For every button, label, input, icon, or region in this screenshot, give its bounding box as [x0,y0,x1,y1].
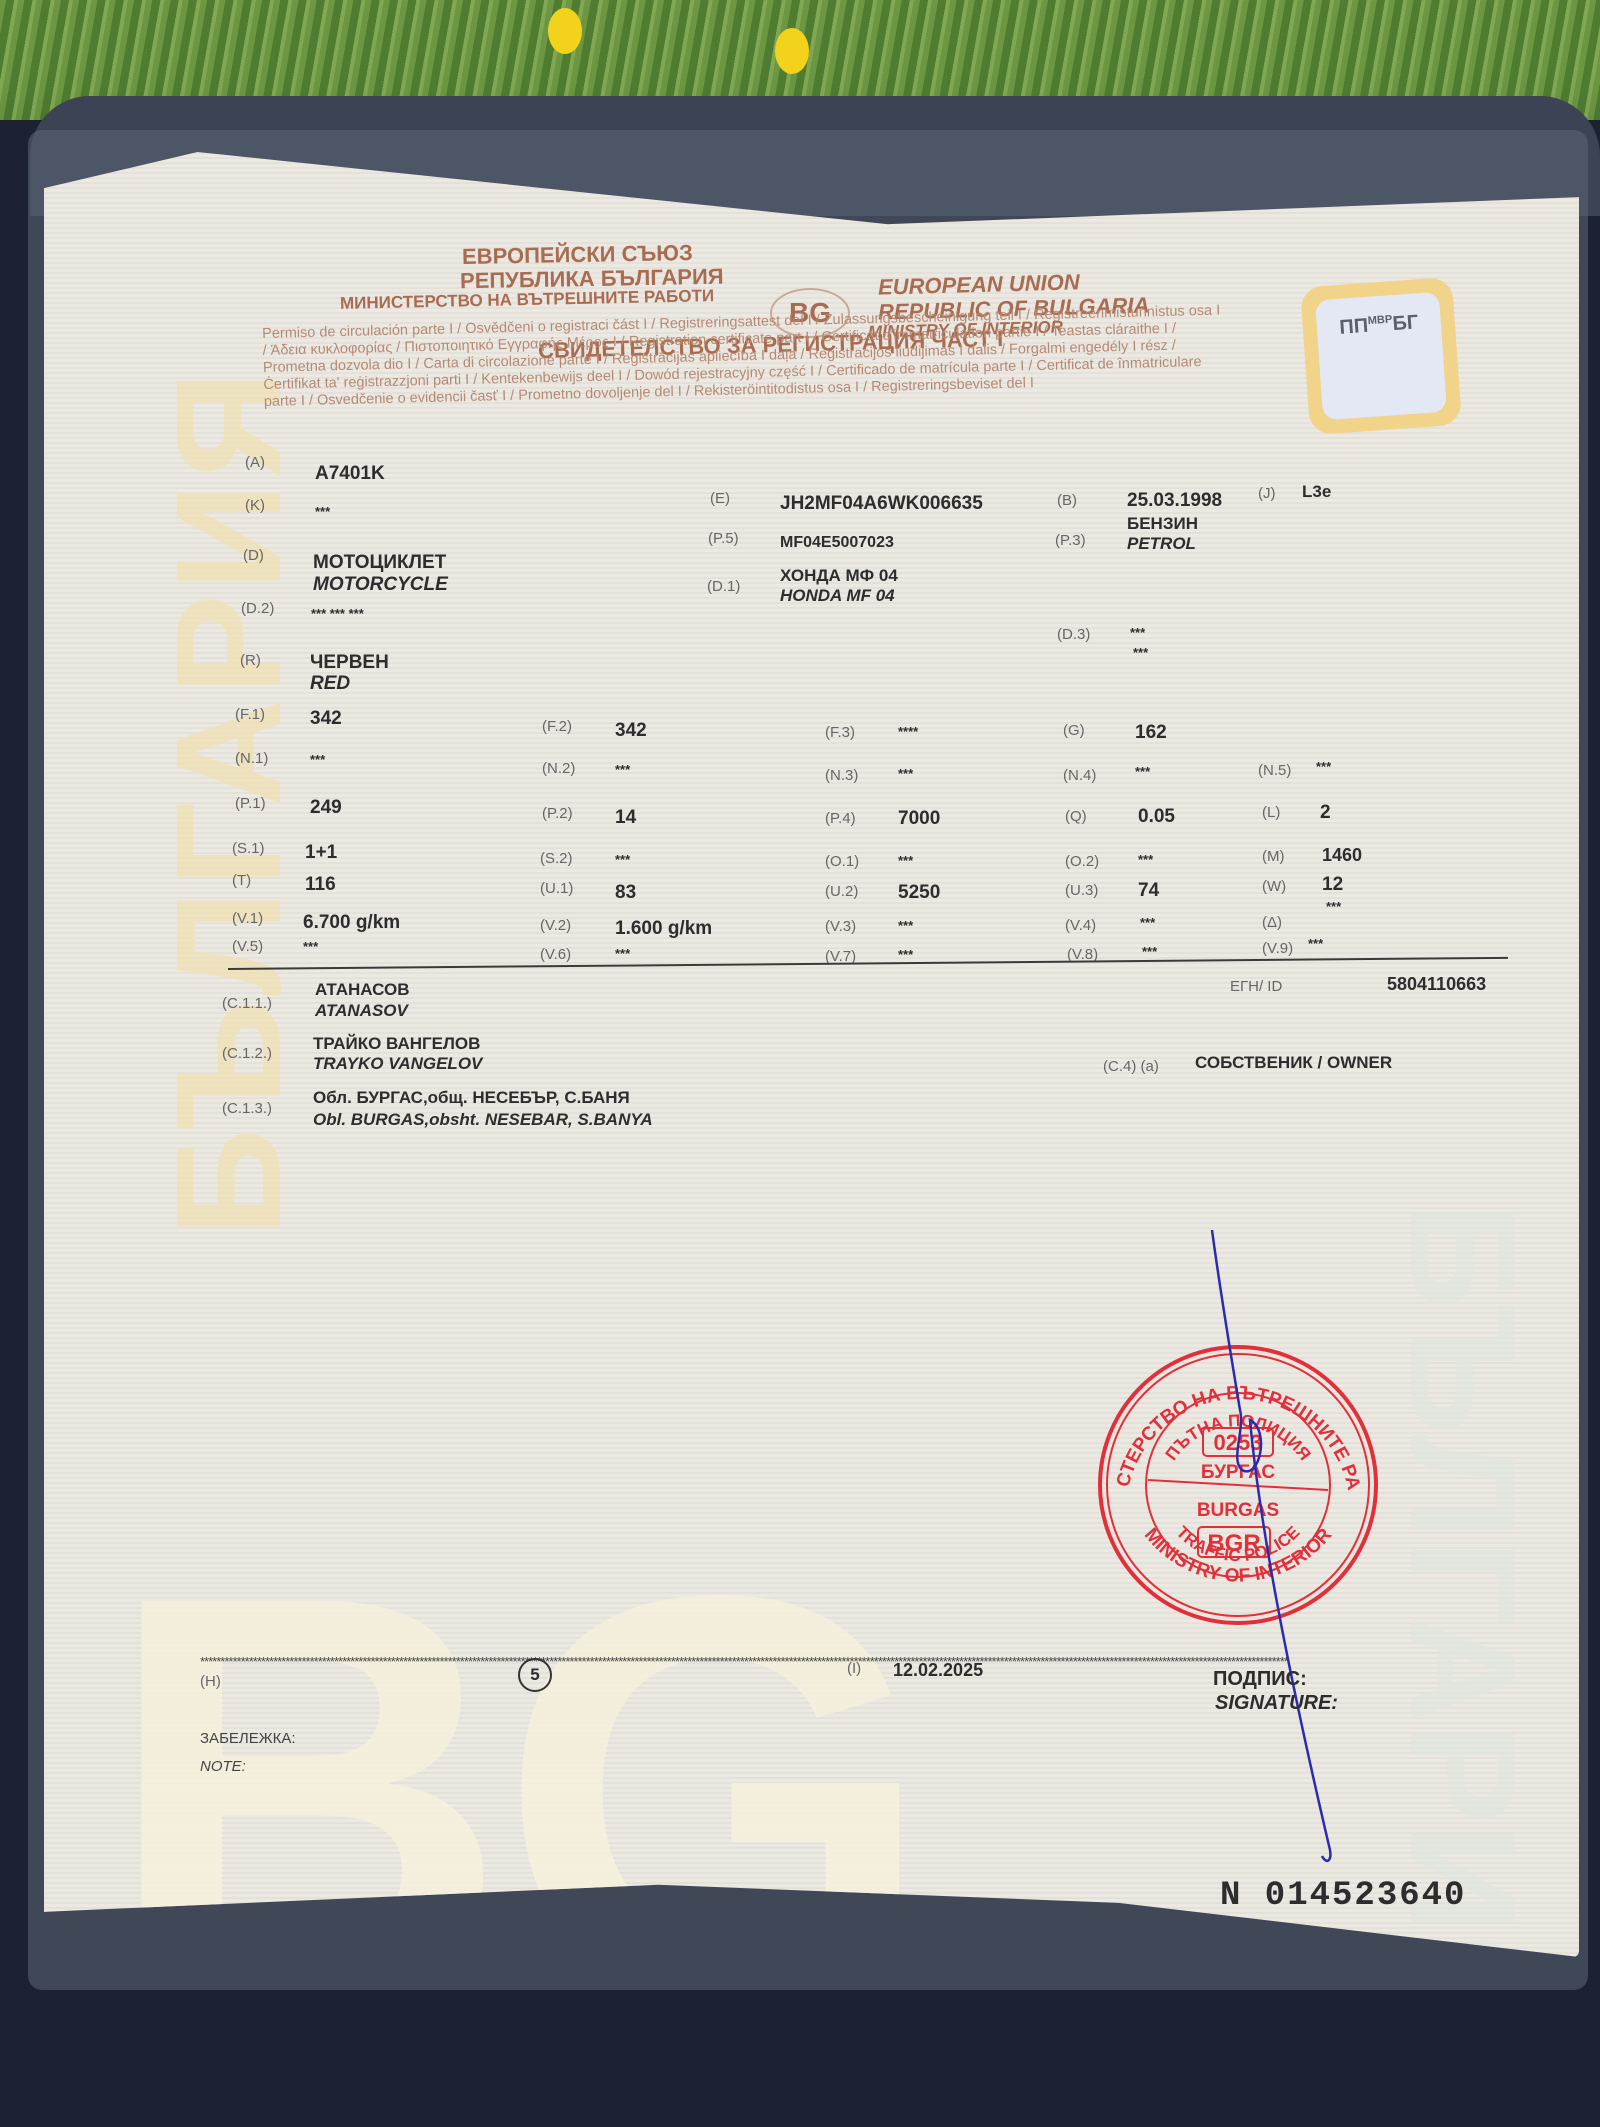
field-r-value-bg: ЧЕРВЕН [310,652,389,674]
signature-label-bg: ПОДПИС: [1213,1668,1307,1691]
field-f1-value: 342 [310,708,342,730]
field-o2-value: *** [1138,852,1153,867]
field-b-value: 25.03.1998 [1127,490,1222,512]
holder-c12-label: (C.1.2.) [222,1045,272,1062]
holder-c13-value-bg: Обл. БУРГАС,общ. НЕСЕБЪР, С.БАНЯ [313,1088,630,1108]
field-d1-value-bg: ХОНДА МФ 04 [780,566,898,586]
field-v3-label: (V.3) [825,918,856,935]
field-w-value: 12 [1322,874,1343,896]
field-t-label: (T) [232,872,251,889]
field-v1-value: 6.700 g/km [303,912,400,934]
holder-c13-value-en: Obl. BURGAS,obsht. NESEBAR, S.BANYA [313,1110,653,1130]
field-v1-label: (V.1) [232,910,263,927]
field-s1-label: (S.1) [232,840,265,857]
circled-number: 5 [518,1658,552,1692]
field-s1-value: 1+1 [305,842,337,864]
holder-c11-value-bg: АТАНАСОВ [315,980,410,1000]
field-l-label: (L) [1262,804,1280,821]
field-v3-value: *** [898,918,913,933]
field-o2-label: (O.2) [1065,853,1099,870]
field-d3-value-1: *** [1130,625,1145,640]
field-n1-value: *** [310,752,325,767]
field-v8-value: *** [1142,944,1157,959]
field-v7-value: *** [898,947,913,962]
holder-c4-value: СОБСТВЕНИК / OWNER [1195,1053,1392,1073]
field-f2-label: (F.2) [542,718,572,735]
field-p3-value-en: PETROL [1127,534,1196,554]
hologram-sticker: ППМВРБГ [1300,277,1462,435]
field-v5-value: *** [303,939,318,954]
note-label-bg: ЗАБЕЛЕЖКА: [200,1730,296,1747]
signature-label-en: SIGNATURE: [1215,1692,1338,1715]
field-v4-value: *** [1140,915,1155,930]
field-r-label: (R) [240,652,261,669]
field-delta-label: (Δ) [1262,914,1282,931]
field-b-label: (B) [1057,492,1077,509]
field-d1-label: (D.1) [707,578,740,595]
field-m-value: 1460 [1322,845,1362,866]
field-s2-label: (S.2) [540,850,573,867]
field-n4-value: *** [1135,764,1150,779]
field-p2-label: (P.2) [542,805,573,822]
holder-c13-label: (C.1.3.) [222,1100,272,1117]
holder-c11-label: (C.1.1.) [222,995,272,1012]
field-q-value: 0.05 [1138,806,1175,828]
field-u1-label: (U.1) [540,880,573,897]
field-g-label: (G) [1063,722,1085,739]
field-n4-label: (N.4) [1063,767,1096,784]
field-n5-label: (N.5) [1258,762,1291,779]
field-k-value: *** [315,504,330,519]
field-q-label: (Q) [1065,808,1087,825]
field-o1-value: *** [898,853,913,868]
field-v2-value: 1.600 g/km [615,918,712,940]
flower-icon [775,28,809,74]
field-d-label: (D) [243,547,264,564]
field-o1-label: (O.1) [825,853,859,870]
field-n5-value: *** [1316,759,1331,774]
field-r-value-en: RED [310,673,350,695]
field-v4-label: (V.4) [1065,917,1096,934]
field-u2-value: 5250 [898,882,940,904]
holder-c12-value-en: TRAYKO VANGELOV [313,1054,482,1074]
signature [1200,1230,1360,1870]
field-m-label: (M) [1262,848,1285,865]
field-p3-label: (P.3) [1055,532,1086,549]
field-l-value: 2 [1320,802,1331,824]
field-p1-value: 249 [310,797,342,819]
field-a-label: (A) [245,454,265,471]
field-p5-label: (P.5) [708,530,739,547]
holder-c4-label: (C.4) (a) [1103,1058,1159,1075]
holder-id-value: 5804110663 [1387,974,1486,995]
field-delta-value: *** [1326,899,1341,914]
field-p5-value: MF04E5007023 [780,534,894,552]
field-e-label: (E) [710,490,730,507]
field-v9-value: *** [1308,936,1323,951]
field-v5-label: (V.5) [232,938,263,955]
field-n2-label: (N.2) [542,760,575,777]
field-k-label: (K) [245,497,265,514]
field-p1-label: (P.1) [235,795,266,812]
field-d2-value: *** *** *** [311,606,364,621]
field-u1-value: 83 [615,882,636,904]
note-label-en: NOTE: [200,1758,246,1775]
holder-id-label: ЕГН/ ID [1230,978,1282,995]
hologram-label: ППМВРБГ [1315,292,1447,420]
field-n3-label: (N.3) [825,767,858,784]
field-a-value: A7401K [315,463,385,485]
field-j-label: (J) [1258,485,1276,502]
field-f2-value: 342 [615,720,647,742]
field-i-label: (I) [847,1660,861,1677]
serial-number: N 014523640 [1220,1877,1466,1915]
field-v9-label: (V.9) [1262,940,1293,957]
field-h-label: (H) [200,1673,221,1690]
field-v6-value: *** [615,946,630,961]
field-p2-value: 14 [615,807,636,829]
field-n3-value: *** [898,766,913,781]
field-f3-label: (F.3) [825,724,855,741]
field-d-value-bg: МОТОЦИКЛЕТ [313,552,446,574]
field-u3-value: 74 [1138,880,1159,902]
field-d3-label: (D.3) [1057,626,1090,643]
holder-c11-value-en: ATANASOV [315,1001,408,1021]
flower-icon [548,8,582,54]
field-u2-label: (U.2) [825,883,858,900]
field-d2-label: (D.2) [241,600,274,617]
field-d1-value-en: HONDA MF 04 [780,586,895,606]
field-d3-value-2: *** [1133,645,1148,660]
field-p4-label: (P.4) [825,810,856,827]
field-e-value: JH2MF04A6WK006635 [780,493,983,515]
field-w-label: (W) [1262,878,1286,895]
field-s2-value: *** [615,852,630,867]
field-u3-label: (U.3) [1065,882,1098,899]
holder-c12-value-bg: ТРАЙКО ВАНГЕЛОВ [313,1034,480,1054]
field-f1-label: (F.1) [235,706,265,723]
field-d-value-en: MOTORCYCLE [313,574,448,596]
field-g-value: 162 [1135,722,1167,744]
field-t-value: 116 [305,874,336,896]
asterisk-line: ****************************************… [200,1654,1580,1669]
field-n2-value: *** [615,762,630,777]
field-v2-label: (V.2) [540,917,571,934]
field-n1-label: (N.1) [235,750,268,767]
field-p4-value: 7000 [898,808,940,830]
field-v6-label: (V.6) [540,946,571,963]
field-j-value: L3e [1302,482,1331,502]
field-p3-value-bg: БЕНЗИН [1127,514,1198,534]
field-i-value: 12.02.2025 [893,1660,983,1681]
field-f3-value: **** [898,724,918,739]
